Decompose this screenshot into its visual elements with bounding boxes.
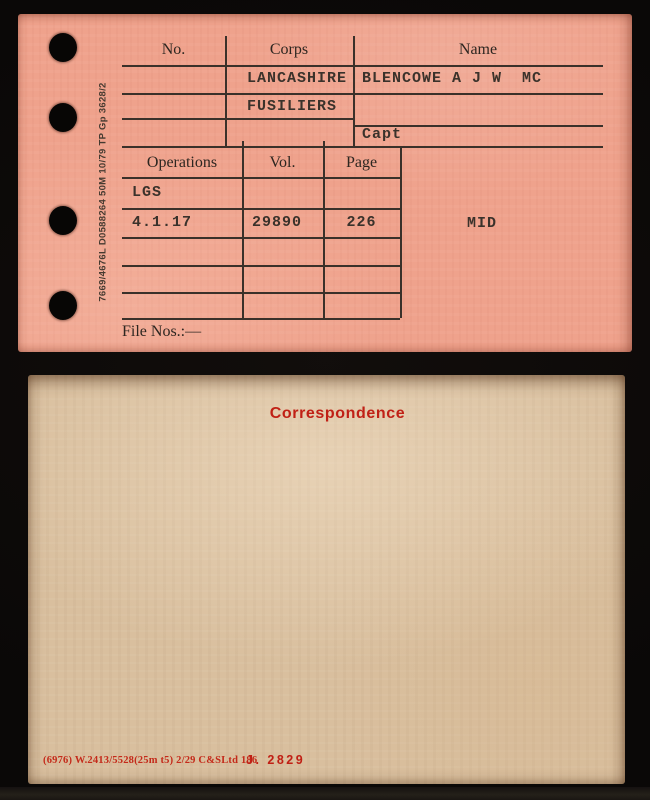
operations-row2-value: 4.1.17 [132, 214, 192, 231]
print-code-vertical: 7669/4676L D0588264 50M 10/79 TP Gp 3628… [98, 82, 109, 301]
rank-value: Capt [362, 126, 402, 143]
corps-value-line1: LANCASHIRE [247, 70, 347, 87]
table-rule-horizontal [122, 146, 603, 148]
table-rule-horizontal [122, 208, 400, 210]
punch-hole-2 [49, 103, 77, 132]
punch-hole-3 [49, 206, 77, 235]
scanned-cards-page: { "scan": { "background_color": "#0a0807… [0, 0, 650, 800]
table-rule-horizontal [122, 93, 603, 95]
table-rule-horizontal [122, 237, 400, 239]
table-rule-horizontal [122, 318, 400, 320]
scanner-edge-strip [0, 787, 650, 800]
table-rule-horizontal [122, 292, 400, 294]
col-header-page: Page [323, 154, 400, 172]
job-number: J. 2829 [246, 753, 305, 767]
table-rule-vertical [400, 146, 402, 318]
medal-index-card: 7669/4676L D0588264 50M 10/79 TP Gp 3628… [18, 14, 632, 352]
punch-hole-4 [49, 291, 77, 320]
col-header-vol: Vol. [242, 154, 323, 172]
table-rule-horizontal [122, 177, 400, 179]
table-rule-horizontal [122, 265, 400, 267]
file-nos-label: File Nos.:— [122, 323, 201, 341]
corps-value-line2: FUSILIERS [247, 98, 337, 115]
table-rule-horizontal [122, 118, 353, 120]
punch-hole-1 [49, 33, 77, 62]
col-header-corps: Corps [225, 41, 353, 59]
award-note: MID [467, 215, 497, 232]
printer-code: (6976) W.2413/5528(25m t5) 2/29 C&SLtd 1… [43, 755, 257, 766]
correspondence-card: Correspondence (6976) W.2413/5528(25m t5… [28, 375, 625, 784]
operations-row1-value: LGS [132, 184, 162, 201]
vol-row2-value: 29890 [252, 214, 302, 231]
page-row2-value: 226 [323, 214, 400, 231]
col-header-no: No. [122, 41, 225, 59]
name-value: BLENCOWE A J W MC [362, 70, 542, 87]
col-header-name: Name [353, 41, 603, 59]
table-rule-horizontal [122, 65, 603, 67]
col-header-operations: Operations [122, 154, 242, 172]
correspondence-title: Correspondence [28, 405, 625, 423]
